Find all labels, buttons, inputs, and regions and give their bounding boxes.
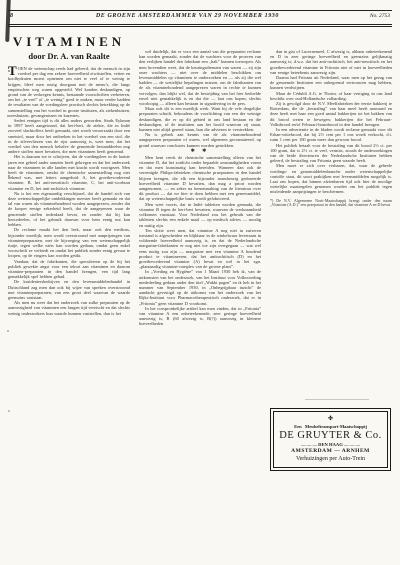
advertisement-inner: ✤ Een Meubeltransport-Maatschappij DE GR… [273, 411, 388, 468]
paragraph: Maar de Cédubli A.G. te Thorin, of haar … [270, 91, 392, 101]
newspaper-page: 8 DE GROENE AMSTERDAMMER VAN 29 NOVEMBER… [0, 0, 400, 565]
paragraph: Men moet er zich over verbazen, dat, waa… [270, 163, 392, 194]
masthead-top-rule [8, 10, 392, 11]
page-number: 8 [10, 13, 13, 19]
paragraph: Daarna had Fritonia uit Nederland, waar … [270, 75, 392, 91]
paragraph: Men weet voorts, dat in Indië tabletten … [139, 202, 261, 228]
paragraph: Zij is gevolgd door de N.V. Meelfabrieke… [270, 101, 392, 127]
article-columns: VITAMINEN door Dr. A. van Raalte TOEN de… [0, 27, 400, 483]
masthead-title: DE GROENE AMSTERDAMMER VAN 29 NOVEMBER 1… [96, 13, 279, 19]
issue-number: No. 2753 [370, 13, 390, 19]
column-2-text-top: wel duidelijk, dat er voor een aantal va… [139, 49, 261, 148]
column-1: VITAMINEN door Dr. A. van Raalte TOEN de… [8, 27, 130, 483]
paragraph: TOEN de wetenschap reeds had geleerd, da… [8, 66, 130, 118]
column-3-paragraphs: dan in gist of Lucernemeel, C afwezig is… [270, 49, 392, 195]
paragraph: In „Voeding en Hygiëne” van 1 Maart 1930… [139, 269, 261, 305]
paragraph: In een advertentie in de bladen wordt re… [270, 127, 392, 143]
section-separator: ✱ ✱ [139, 148, 261, 155]
ad-den-haag-line: — — — DEN HAAG — — — [277, 442, 384, 447]
scan-speckles [8, 70, 10, 72]
ad-tagline: Verhuizingen per Auto-Trein [277, 456, 384, 462]
paragraph: Het is daaraan toe te schrijven, dat de … [8, 154, 130, 190]
column-2-text: wel duidelijk, dat er voor een aantal va… [139, 27, 261, 475]
scan-stray-rule [305, 399, 369, 400]
paragraph: Men kent reeds de chemische samenstellin… [139, 155, 261, 202]
column-2: wel duidelijk, dat er voor een aantal va… [139, 27, 261, 483]
paragraph: Maar ook dit is een moeilijk werk. Want … [139, 106, 261, 132]
article-footnote: *) De N.V. Algemeene Norit-Maatschappij … [270, 199, 392, 209]
paragraph: De kruideniersbedrijven en den levensmid… [8, 279, 130, 300]
column-1-text: TOEN de wetenschap reeds had geleerd, da… [8, 66, 130, 483]
ad-company-type: Een Meubeltransport-Maatschappij [277, 424, 384, 429]
paragraph: Als men nu weet dat het onderzoek van zu… [8, 300, 130, 316]
paragraph: wel duidelijk, dat er voor een aantal va… [139, 49, 261, 106]
article-title: VITAMINEN [8, 34, 130, 50]
ornament-icon: ✤ [277, 416, 384, 422]
paragraph: Nu is gebrek aan kennis van de als vitam… [139, 132, 261, 148]
paragraph: In het oorspronkelijke artikel kan men v… [139, 306, 261, 327]
ad-cities-line: AMSTERDAM — ARNHEM [277, 448, 384, 454]
column-3-text: dan in gist of Lucernemeel, C afwezig is… [270, 27, 392, 401]
paragraph: Het publiek betaalt voor de bestraling v… [270, 143, 392, 164]
paragraph: Nu is het een eigenaardig verschijnsel, … [8, 191, 130, 227]
column-3: dan in gist of Lucernemeel, C afwezig is… [270, 27, 392, 483]
paragraph: Sedert eenigen tijd is dit alles anders … [8, 118, 130, 154]
paragraph: Ten slotte weet men, dat vitamine A nog … [139, 228, 261, 270]
paragraph: Vandaar, dat de fabrikanten, die specule… [8, 259, 130, 280]
ad-company-name: DE GRUYTER & Co. [277, 430, 384, 441]
column-2-text-bottom: Men kent reeds de chemische samenstellin… [139, 155, 261, 327]
article-byline: door Dr. A. van Raalte [8, 51, 130, 61]
paragraph: dan in gist of Lucernemeel, C afwezig is… [270, 49, 392, 75]
advertisement-box: ✤ Een Meubeltransport-Maatschappij DE GR… [270, 408, 391, 471]
masthead: 8 DE GROENE AMSTERDAMMER VAN 29 NOVEMBER… [10, 13, 390, 22]
paragraph: De reclame maakt het den leek, maar ook … [8, 227, 130, 258]
